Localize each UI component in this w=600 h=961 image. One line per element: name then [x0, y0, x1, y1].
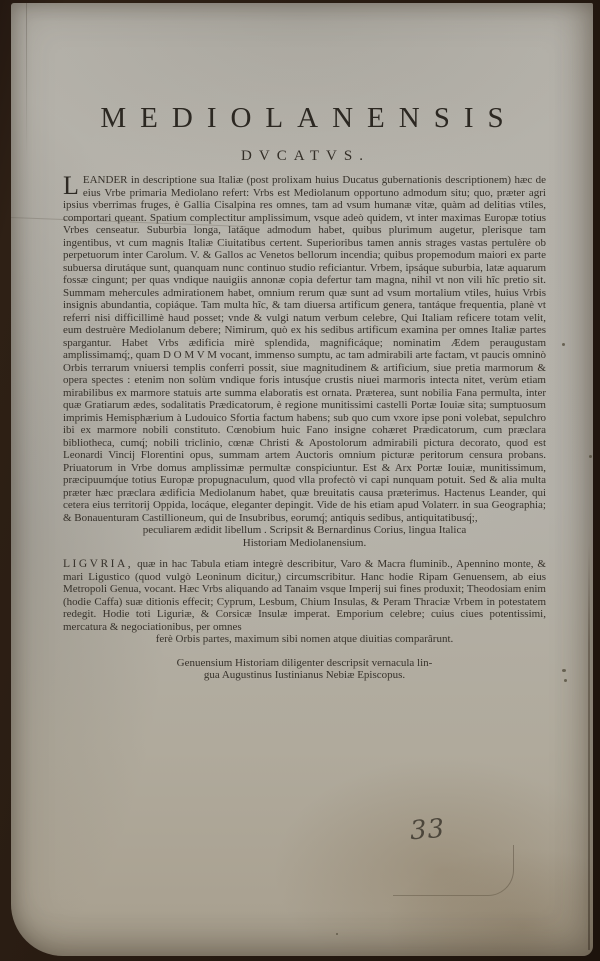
text-column: LEANDER in descriptione sua Italiæ (post…	[63, 174, 546, 682]
closing-line-2: gua Augustinus Iustinianus Nebiæ Episcop…	[63, 669, 546, 682]
paper-speck	[562, 669, 566, 672]
page-subtitle: DVCATVS.	[11, 148, 593, 165]
paragraph-liguria: LIGVRIA, quæ in hac Tabula etiam integrè…	[63, 558, 546, 633]
paper-speck	[564, 679, 567, 682]
page-title: MEDIOLANENSIS	[11, 102, 593, 135]
drop-cap: L	[63, 174, 83, 197]
plate-mark-impression	[393, 845, 514, 896]
paragraph-liguria-close: ferè Orbis partes, maximum sibi nomen at…	[63, 633, 546, 646]
paper-speck	[336, 933, 338, 935]
paragraph-mediolanum-close-2: Historiam Mediolanensium.	[63, 537, 546, 550]
paper-speck	[589, 455, 592, 458]
handwritten-page-number: 33	[409, 814, 446, 846]
book-page: MEDIOLANENSIS DVCATVS. LEANDER in descri…	[11, 3, 593, 956]
page-edge-line	[588, 543, 590, 950]
paragraph-mediolanum-text: EANDER in descriptione sua Italiæ (post …	[63, 174, 546, 524]
book-photo: MEDIOLANENSIS DVCATVS. LEANDER in descri…	[0, 0, 600, 961]
paper-speck	[562, 343, 565, 346]
paragraph-liguria-text: quæ in hac Tabula etiam integrè describi…	[63, 558, 546, 633]
paragraph-mediolanum-close-1: peculiarem ædidit libellum . Scripsit & …	[63, 524, 546, 537]
closing-line-1: Genuensium Historiam diligenter descrips…	[63, 657, 546, 670]
liguria-lead-word: LIGVRIA,	[63, 558, 133, 570]
paragraph-mediolanum: LEANDER in descriptione sua Italiæ (post…	[63, 174, 546, 524]
